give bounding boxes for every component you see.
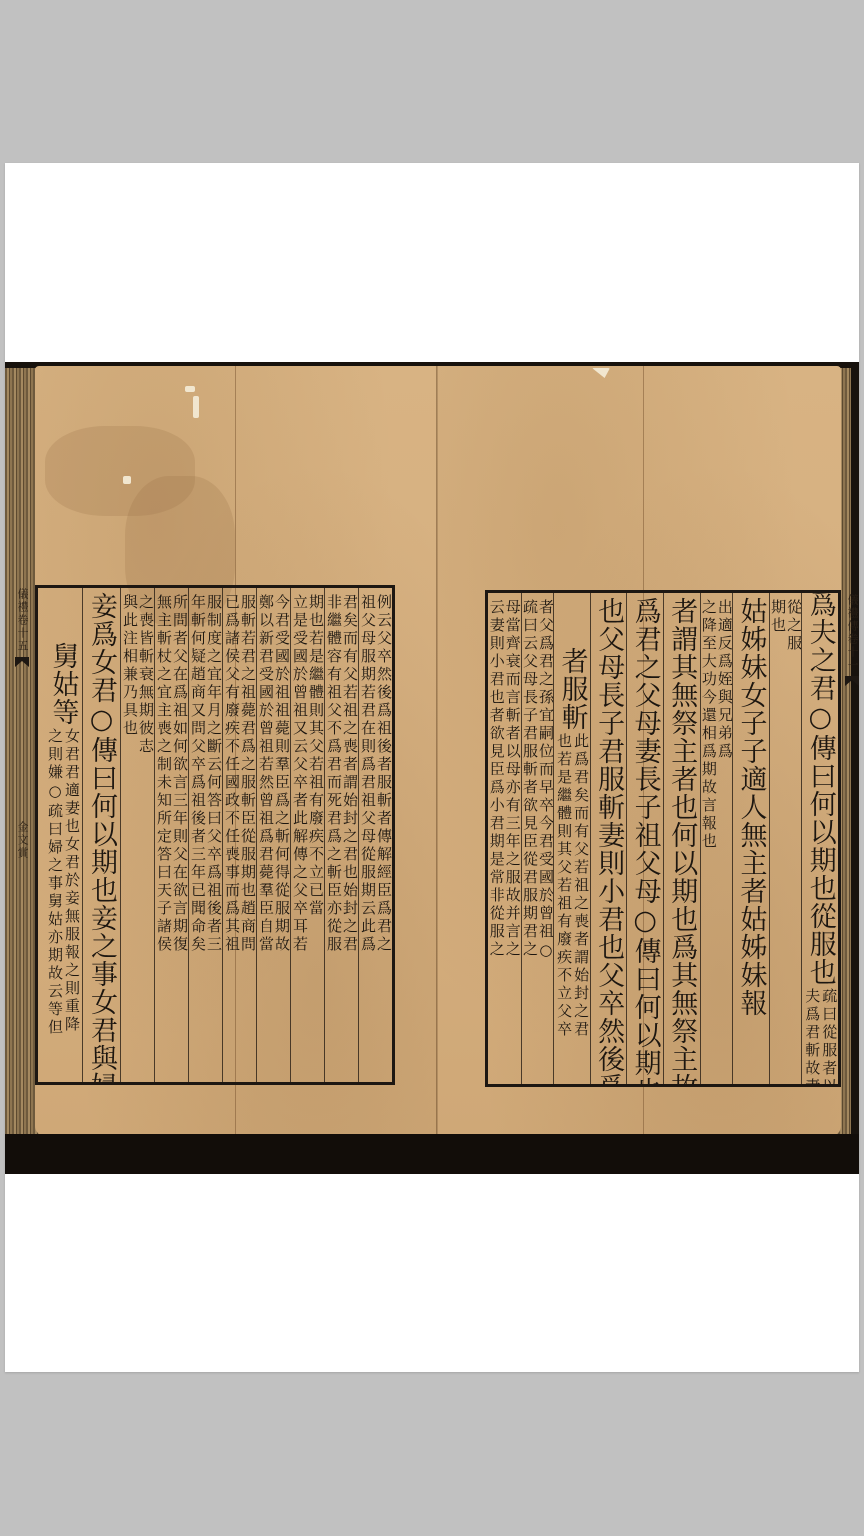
commentary-line: 出適反爲姪與兄弟爲: [717, 593, 732, 1084]
main-text: 也父母長子君服斬妻則小君也父卒然後爲祖後: [595, 593, 622, 1084]
margin-title: 儀禮卷十五: [14, 588, 30, 653]
text-column: 妾爲女君○傳曰何以期也妾之事女君與婦之事: [82, 588, 120, 1082]
commentary-line: 也若是繼體則其父若祖有廢疾不立父卒: [556, 733, 571, 1039]
fishtail-mark-icon: [15, 657, 29, 667]
commentary-line: 君矣而有父若祖之喪者謂始封之君也始封之君: [342, 588, 357, 1082]
commentary-line: 之則嫌○疏曰婦之事舅姑亦期故云等但: [47, 728, 62, 1037]
commentary-line: 非繼體容有祖父不爲君而死君爲之斬臣亦從服: [326, 588, 341, 1082]
paper-damage: [185, 386, 195, 392]
text-column: 者服斬此爲君矣而有父若祖之喪者謂始封之君也若是繼體則其父若祖有廢疾不立父卒: [553, 593, 590, 1084]
commentary-line: 女君君適妻也女君於妾無服報之則重降: [64, 728, 79, 1037]
left-page-text-block: 例云父卒然後爲祖後者服斬者傳解經臣爲君之祖父母服期若君在則爲君祖父母從服期云此爲…: [35, 585, 395, 1085]
commentary-pair: 疏曰從服者以夫爲君斬故妻: [804, 988, 836, 1085]
text-column: 爲君之父母妻長子祖父母○傳曰何以期也從服: [626, 593, 663, 1084]
text-column: 期也若是繼體則其父若祖有廢疾不立已當立是受國於曾祖又云父卒者此解傳之父卒耳若: [290, 588, 324, 1082]
commentary-line: 已爲諸侯父有廢疾不任國政不任喪事而爲其祖: [224, 588, 239, 1082]
paper-damage: [123, 476, 131, 484]
text-column: 者父爲君之孫宜嗣位而早卒今君受國於曾祖○疏曰云父母長子君服斬者欲見臣從君服期君之: [521, 593, 554, 1084]
text-column: 出適反爲姪與兄弟爲之降至大功今還相爲期故言報也: [700, 593, 733, 1084]
text-column: 服制度之宜年月之斷云何答曰父卒爲祖後者三年斬何疑趙商又問父卒爲祖後者三年已聞命矣: [188, 588, 222, 1082]
text-column: 爲夫之君○傳曰何以期也從服也疏曰從服者以夫爲君斬故妻: [801, 593, 838, 1084]
main-text: 姑姊妹女子子適人無主者姑姊妹報: [737, 593, 764, 1084]
commentary-pair: 之喪皆斬衰無期彼志與此注相兼乃具也: [122, 588, 153, 1082]
commentary-line: 與此注相兼乃具也: [122, 588, 137, 1082]
book-scan-image: 例云父卒然後爲祖後者服斬者傳解經臣爲君之祖父母服期若君在則爲君祖父母從服期云此爲…: [5, 362, 859, 1174]
commentary-line: 之降至大功今還相爲期故言報也: [701, 593, 716, 1084]
book-shadow: [5, 1134, 859, 1174]
commentary-line: 例云父卒然後爲祖後者服斬者傳解經臣爲君之: [376, 588, 391, 1082]
commentary-line: 從之服: [786, 593, 801, 1084]
right-page-text-block: 爲夫之君○傳曰何以期也從服也疏曰從服者以夫爲君斬故妻從之服期也姑姊妹女子子適人無…: [485, 590, 841, 1087]
commentary-line: 之喪皆斬衰無期彼志: [138, 588, 153, 1082]
commentary-line: 祖父母服期若君在則爲君祖父母從服期云此爲: [360, 588, 375, 1082]
commentary-line: 無主斬杖之宜主喪之制未知所定答曰天子諸侯: [156, 588, 171, 1082]
text-column: 所問者父在爲祖如何欲言三年則父在欲言期復無主斬杖之宜主喪之制未知所定答曰天子諸侯: [154, 588, 188, 1082]
commentary-pair: 出適反爲姪與兄弟爲之降至大功今還相爲期故言報也: [701, 593, 732, 1084]
main-text: 爲君之父母妻長子祖父母○傳曰何以期也從服: [632, 593, 659, 1084]
commentary-line: 此爲君矣而有父若祖之喪者謂始封之君: [573, 733, 588, 1039]
paper-damage: [193, 396, 199, 418]
text-column: 例云父卒然後爲祖後者服斬者傳解經臣爲君之祖父母服期若君在則爲君祖父母從服期云此爲: [358, 588, 392, 1082]
text-column: 君矣而有父若祖之喪者謂始封之君也始封之君非繼體容有祖父不爲君而死君爲之斬臣亦從服: [324, 588, 358, 1082]
commentary-line: 云妻則小君也者欲見臣爲小君期是常非從服之: [489, 593, 504, 1084]
commentary-pair: 從之服期也: [770, 593, 801, 1084]
commentary-line: 今君受國於祖祖薨則羣臣爲之斬何得從服期故: [274, 588, 289, 1082]
text-column: 姑姊妹女子子適人無主者姑姊妹報: [732, 593, 769, 1084]
mixed-column: 者服斬此爲君矣而有父若祖之喪者謂始封之君也若是繼體則其父若祖有廢疾不立父卒: [556, 643, 588, 1039]
main-text: 者謂其無祭主者也何以期也爲其無祭主故也: [668, 593, 695, 1084]
fishtail-mark-icon: [845, 676, 859, 686]
paper-damage: [592, 368, 610, 378]
main-text: 者服斬: [559, 647, 586, 731]
commentary-line: 母當齊衰而言斬者以母亦有三年之服故并言之: [505, 593, 520, 1084]
main-text: 舅姑等: [50, 642, 77, 726]
left-page-margin-column: 儀禮卷十五 金文賞: [11, 588, 33, 860]
text-column: 之喪皆斬衰無期彼志與此注相兼乃具也: [120, 588, 154, 1082]
commentary-pair: 服制度之宜年月之斷云何答曰父卒爲祖後者三年斬何疑趙商又問父卒爲祖後者三年已聞命矣: [190, 588, 221, 1082]
commentary-line: 期也: [770, 593, 785, 1084]
main-text: 妾爲女君○傳曰何以期也妾之事女君與婦之事: [88, 588, 115, 1082]
commentary-line: 鄭以新君受國於曾祖若然曾祖爲君薨羣臣自當: [258, 588, 273, 1082]
commentary-pair: 期也若是繼體則其父若祖有廢疾不立已當立是受國於曾祖又云父卒者此解傳之父卒耳若: [292, 588, 323, 1082]
commentary-pair: 君矣而有父若祖之喪者謂始封之君也始封之君非繼體容有祖父不爲君而死君爲之斬臣亦從服: [326, 588, 357, 1082]
commentary-pair: 此爲君矣而有父若祖之喪者謂始封之君也若是繼體則其父若祖有廢疾不立父卒: [556, 733, 588, 1039]
commentary-pair: 母當齊衰而言斬者以母亦有三年之服故并言之云妻則小君也者欲見臣爲小君期是常非從服之: [489, 593, 520, 1084]
commentary-line: 夫爲君斬故妻: [804, 988, 819, 1085]
right-page-margin-column: 儀禮傳卷十一: [841, 594, 859, 690]
commentary-line: 服斬若君之祖薨君爲之服斬臣從服期也趙商問: [240, 588, 255, 1082]
commentary-line: 年斬何疑趙商又問父卒爲祖後者三年已聞命矣: [190, 588, 205, 1082]
text-column: 舅姑等女君君適妻也女君於妾無服報之則重降之則嫌○疏曰婦之事舅姑亦期故云等但: [44, 588, 82, 1082]
commentary-line: 期也若是繼體則其父若祖有廢疾不立已當: [308, 588, 323, 1082]
text-column: 母當齊衰而言斬者以母亦有三年之服故并言之云妻則小君也者欲見臣爲小君期是常非從服之: [488, 593, 521, 1084]
commentary-line: 疏曰云父母長子君服斬者欲見臣從君服期君之: [522, 593, 537, 1084]
commentary-pair: 女君君適妻也女君於妾無服報之則重降之則嫌○疏曰婦之事舅姑亦期故云等但: [47, 728, 79, 1037]
margin-title: 儀禮傳卷十一: [844, 594, 859, 672]
margin-footer: 金文賞: [14, 821, 30, 860]
commentary-pair: 今君受國於祖祖薨則羣臣爲之斬何得從服期故鄭以新君受國於曾祖若然曾祖爲君薨羣臣自當: [258, 588, 289, 1082]
commentary-line: 所問者父在爲祖如何欲言三年則父在欲言期復: [172, 588, 187, 1082]
text-column: 者謂其無祭主者也何以期也爲其無祭主故也: [663, 593, 700, 1084]
text-column: 也父母長子君服斬妻則小君也父卒然後爲祖後: [590, 593, 627, 1084]
book-gutter: [436, 366, 438, 1136]
commentary-line: 者父爲君之孫宜嗣位而早卒今君受國於曾祖○: [538, 593, 553, 1084]
commentary-pair: 所問者父在爲祖如何欲言三年則父在欲言期復無主斬杖之宜主喪之制未知所定答曰天子諸侯: [156, 588, 187, 1082]
commentary-line: 服制度之宜年月之斷云何答曰父卒爲祖後者三: [206, 588, 221, 1082]
commentary-line: 立是受國於曾祖又云父卒者此解傳之父卒耳若: [292, 588, 307, 1082]
text-column: 今君受國於祖祖薨則羣臣爲之斬何得從服期故鄭以新君受國於曾祖若然曾祖爲君薨羣臣自當: [256, 588, 290, 1082]
text-column: 從之服期也: [769, 593, 802, 1084]
commentary-pair: 者父爲君之孫宜嗣位而早卒今君受國於曾祖○疏曰云父母長子君服斬者欲見臣從君服期君之: [522, 593, 553, 1084]
commentary-line: 疏曰從服者以: [821, 988, 836, 1085]
commentary-pair: 例云父卒然後爲祖後者服斬者傳解經臣爲君之祖父母服期若君在則爲君祖父母從服期云此爲: [360, 588, 391, 1082]
mixed-column: 爲夫之君○傳曰何以期也從服也疏曰從服者以夫爲君斬故妻: [804, 593, 836, 1084]
main-text: 爲夫之君○傳曰何以期也從服也: [807, 593, 834, 986]
commentary-pair: 服斬若君之祖薨君爲之服斬臣從服期也趙商問已爲諸侯父有廢疾不任國政不任喪事而爲其祖: [224, 588, 255, 1082]
text-column: 服斬若君之祖薨君爲之服斬臣從服期也趙商問已爲諸侯父有廢疾不任國政不任喪事而爲其祖: [222, 588, 256, 1082]
mixed-column: 舅姑等女君君適妻也女君於妾無服報之則重降之則嫌○疏曰婦之事舅姑亦期故云等但: [47, 638, 79, 1037]
